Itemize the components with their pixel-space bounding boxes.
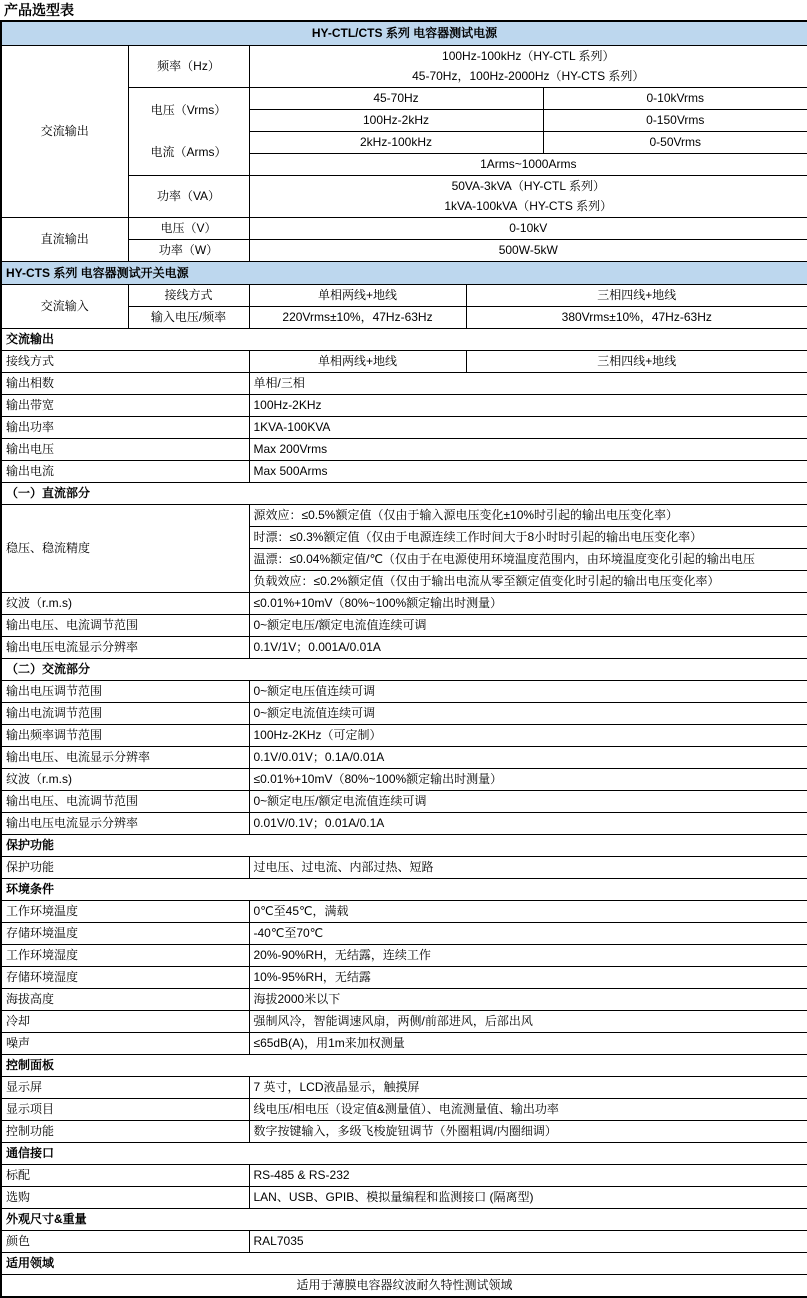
section-header: 外观尺寸&重量 [1,1208,807,1230]
table-row: 控制功能数字按键输入，多级飞梭旋钮调节（外圈粗调/内圈细调） [1,1120,807,1142]
value-cell: ≤65dB(A)，用1m来加权测量 [249,1032,807,1054]
value-cell: 温漂：≤0.04%额定值/℃（仅由于在电源使用环境温度范围内，由环境温度变化引起… [249,548,807,570]
value-cell: 0-10kVrms [543,87,807,109]
row-label-cell: 控制功能 [1,1120,249,1142]
table-row: 外观尺寸&重量 [1,1208,807,1230]
value-cell: 时漂：≤0.3%额定值（仅由于电源连续工作时间大于8小时时引起的输出电压变化率） [249,526,807,548]
value-cell: 0~额定电流值连续可调 [249,702,807,724]
param-label: 输入电压/频率 [128,306,249,328]
value-cell: 20%-90%RH，无结露，连续工作 [249,944,807,966]
row-label-cell: 存储环境湿度 [1,966,249,988]
value-cell: 1KVA-100KVA [249,416,807,438]
value-cell: 适用于薄膜电容器纹波耐久特性测试领域 [1,1274,807,1297]
spec-table: HY-CTL/CTS 系列 电容器测试电源交流输出频率（Hz）100Hz-100… [0,20,807,1298]
row-label-cell: 稳压、稳流精度 [1,504,249,592]
table-row: HY-CTL/CTS 系列 电容器测试电源 [1,21,807,45]
row-label-cell: 纹波（r.m.s) [1,592,249,614]
table-row: 直流输出电压（V）0-10kV [1,217,807,239]
value-cell: 10%-95%RH，无结露 [249,966,807,988]
table-row: 输出电压、电流调节范围0~额定电压/额定电流值连续可调 [1,614,807,636]
table-row: 颜色RAL7035 [1,1230,807,1252]
section-header: 环境条件 [1,878,807,900]
row-label-cell: 输出电压、电流调节范围 [1,790,249,812]
param-label: 频率（Hz） [128,45,249,87]
table-row: 交流输入接线方式单相两线+地线三相四线+地线 [1,284,807,306]
table-row: 交流输出频率（Hz）100Hz-100kHz（HY-CTL 系列）45-70Hz… [1,45,807,87]
row-label-cell: 输出电压、电流显示分辨率 [1,746,249,768]
param-value: 100Hz-100kHz（HY-CTL 系列）45-70Hz，100Hz-200… [249,45,807,87]
table-row: 输出电流Max 500Arms [1,460,807,482]
value-cell: 源效应：≤0.5%额定值（仅由于输入源电压变化±10%时引起的输出电压变化率） [249,504,807,526]
value-cell: 负载效应：≤0.2%额定值（仅由于输出电流从零至额定值变化时引起的输出电压变化率… [249,570,807,592]
value-cell: 7 英寸，LCD液晶显示，触摸屏 [249,1076,807,1098]
value-cell: 单相/三相 [249,372,807,394]
table-row: 噪声≤65dB(A)，用1m来加权测量 [1,1032,807,1054]
row-label-cell: 输出电压、电流调节范围 [1,614,249,636]
table-row: 输出电压、电流调节范围0~额定电压/额定电流值连续可调 [1,790,807,812]
section-header: （二）交流部分 [1,658,807,680]
group-label-ac-output: 交流输出 [1,45,128,217]
param-value: 50VA-3kVA（HY-CTL 系列）1kVA-100kVA（HY-CTS 系… [249,175,807,217]
value-cell: 0~额定电压值连续可调 [249,680,807,702]
table-row: 输出电压、电流显示分辨率0.1V/0.01V；0.1A/0.01A [1,746,807,768]
value-line: 50VA-3kVA（HY-CTL 系列） [254,176,804,196]
value-cell: 单相两线+地线 [249,284,466,306]
table-row: 交流输出 [1,328,807,350]
value-cell: 45-70Hz [249,87,543,109]
value-cell: 0.1V/1V；0.001A/0.01A [249,636,807,658]
value-cell: 线电压/相电压（设定值&测量值）、电流测量值、输出功率 [249,1098,807,1120]
value-cell: 500W-5kW [249,239,807,261]
row-label-cell: 海拔高度 [1,988,249,1010]
value-cell: 220Vrms±10%，47Hz-63Hz [249,306,466,328]
value-cell: 0-150Vrms [543,109,807,131]
value-cell: 100Hz-2kHz [249,109,543,131]
table-row: 纹波（r.m.s)≤0.01%+10mV（80%~100%额定输出时测量） [1,768,807,790]
table-row: 输出电压电流显示分辨率0.01V/0.1V；0.01A/0.1A [1,812,807,834]
table-row: 接线方式单相两线+地线三相四线+地线 [1,350,807,372]
value-cell: 0.1V/0.01V；0.1A/0.01A [249,746,807,768]
table-row: 稳压、稳流精度源效应：≤0.5%额定值（仅由于输入源电压变化±10%时引起的输出… [1,504,807,526]
value-cell: RS-485 & RS-232 [249,1164,807,1186]
row-label-cell: 接线方式 [1,350,249,372]
row-label-cell: 纹波（r.m.s) [1,768,249,790]
row-label-cell: 工作环境温度 [1,900,249,922]
stacked-param-labels: 电压（Vrms）电流（Arms） [133,89,245,173]
spec-table-body: HY-CTL/CTS 系列 电容器测试电源交流输出频率（Hz）100Hz-100… [1,21,807,1297]
param-label: 功率（VA） [128,175,249,217]
section-header: 交流输出 [1,328,807,350]
table-row: 适用于薄膜电容器纹波耐久特性测试领域 [1,1274,807,1297]
group-label-dc-output: 直流输出 [1,217,128,261]
value-cell: LAN、USB、GPIB、模拟量编程和监测接口 (隔离型) [249,1186,807,1208]
part1-header: HY-CTL/CTS 系列 电容器测试电源 [1,21,807,45]
value-cell: 0℃至45℃，满载 [249,900,807,922]
row-label-cell: 噪声 [1,1032,249,1054]
value-cell: 380Vrms±10%，47Hz-63Hz [466,306,807,328]
table-row: 输出功率1KVA-100KVA [1,416,807,438]
table-row: 冷却强制风冷，智能调速风扇，两侧/前部进风，后部出风 [1,1010,807,1032]
value-cell: 0.01V/0.1V；0.01A/0.1A [249,812,807,834]
param-label: 电压（V） [128,217,249,239]
table-row: 显示屏7 英寸，LCD液晶显示，触摸屏 [1,1076,807,1098]
value-cell: 100Hz-2KHz [249,394,807,416]
value-cell: 0~额定电压/额定电流值连续可调 [249,790,807,812]
row-label-cell: 工作环境湿度 [1,944,249,966]
row-label-cell: 选购 [1,1186,249,1208]
param-label: 接线方式 [128,284,249,306]
section-header: 适用领域 [1,1252,807,1274]
row-label-cell: 输出电压调节范围 [1,680,249,702]
table-row: 控制面板 [1,1054,807,1076]
row-label-cell: 显示项目 [1,1098,249,1120]
row-label-cell: 存储环境温度 [1,922,249,944]
value-cell: -40℃至70℃ [249,922,807,944]
value-cell: ≤0.01%+10mV（80%~100%额定输出时测量） [249,592,807,614]
table-row: 选购LAN、USB、GPIB、模拟量编程和监测接口 (隔离型) [1,1186,807,1208]
table-row: 环境条件 [1,878,807,900]
table-row: 输出电流调节范围0~额定电流值连续可调 [1,702,807,724]
table-row: 存储环境温度-40℃至70℃ [1,922,807,944]
table-row: 输出电压电流显示分辨率0.1V/1V；0.001A/0.01A [1,636,807,658]
table-row: 输出相数单相/三相 [1,372,807,394]
page-title: 产品选型表 [0,0,807,20]
value-cell: 1Arms~1000Arms [249,153,807,175]
table-row: 标配RS-485 & RS-232 [1,1164,807,1186]
table-row: 纹波（r.m.s)≤0.01%+10mV（80%~100%额定输出时测量） [1,592,807,614]
group-label-ac-input: 交流输入 [1,284,128,328]
table-row: 输出电压调节范围0~额定电压值连续可调 [1,680,807,702]
table-row: 保护功能 [1,834,807,856]
table-row: 输出电压Max 200Vrms [1,438,807,460]
value-cell: Max 500Arms [249,460,807,482]
row-label-cell: 冷却 [1,1010,249,1032]
value-cell: 三相四线+地线 [466,284,807,306]
table-row: 适用领域 [1,1252,807,1274]
table-row: （一）直流部分 [1,482,807,504]
row-label-cell: 输出电流 [1,460,249,482]
section-header: 保护功能 [1,834,807,856]
table-row: 工作环境湿度20%-90%RH，无结露，连续工作 [1,944,807,966]
table-row: HY-CTS 系列 电容器测试开关电源 [1,261,807,284]
value-cell: 强制风冷，智能调速风扇，两侧/前部进风，后部出风 [249,1010,807,1032]
table-row: 工作环境温度0℃至45℃，满载 [1,900,807,922]
param-label: 电流（Arms） [133,145,245,159]
table-row: 存储环境湿度10%-95%RH，无结露 [1,966,807,988]
table-row: 输出频率调节范围100Hz-2KHz（可定制） [1,724,807,746]
row-label-cell: 颜色 [1,1230,249,1252]
value-cell: ≤0.01%+10mV（80%~100%额定输出时测量） [249,768,807,790]
row-label-cell: 保护功能 [1,856,249,878]
section-header: 通信接口 [1,1142,807,1164]
part2-header: HY-CTS 系列 电容器测试开关电源 [1,261,807,284]
value-cell: 海拔2000米以下 [249,988,807,1010]
value-cell: 100Hz-2KHz（可定制） [249,724,807,746]
param-label: 电压（Vrms） [133,103,245,117]
param-label: 功率（W） [128,239,249,261]
table-row: 显示项目线电压/相电压（设定值&测量值）、电流测量值、输出功率 [1,1098,807,1120]
row-label-cell: 输出相数 [1,372,249,394]
param-label: 电压（Vrms）电流（Arms） [128,87,249,175]
value-cell: 单相两线+地线 [249,350,466,372]
value-cell: 0-50Vrms [543,131,807,153]
row-label-cell: 输出电压 [1,438,249,460]
section-header: 控制面板 [1,1054,807,1076]
row-label-cell: 标配 [1,1164,249,1186]
value-line: 45-70Hz，100Hz-2000Hz（HY-CTS 系列） [254,66,804,86]
value-cell: 过电压、过电流、内部过热、短路 [249,856,807,878]
value-cell: 0-10kV [249,217,807,239]
table-row: （二）交流部分 [1,658,807,680]
table-row: 输出带宽100Hz-2KHz [1,394,807,416]
row-label-cell: 输出电压电流显示分辨率 [1,812,249,834]
value-cell: 数字按键输入，多级飞梭旋钮调节（外圈粗调/内圈细调） [249,1120,807,1142]
value-cell: 三相四线+地线 [466,350,807,372]
value-cell: Max 200Vrms [249,438,807,460]
section-header: （一）直流部分 [1,482,807,504]
row-label-cell: 输出电压电流显示分辨率 [1,636,249,658]
row-label-cell: 输出带宽 [1,394,249,416]
value-cell: 2kHz-100kHz [249,131,543,153]
value-cell: 0~额定电压/额定电流值连续可调 [249,614,807,636]
value-cell: RAL7035 [249,1230,807,1252]
value-line: 1kVA-100kVA（HY-CTS 系列） [254,196,804,216]
row-label-cell: 输出功率 [1,416,249,438]
value-line: 100Hz-100kHz（HY-CTL 系列） [254,46,804,66]
row-label-cell: 输出电流调节范围 [1,702,249,724]
table-row: 保护功能过电压、过电流、内部过热、短路 [1,856,807,878]
row-label-cell: 输出频率调节范围 [1,724,249,746]
table-row: 通信接口 [1,1142,807,1164]
table-row: 海拔高度海拔2000米以下 [1,988,807,1010]
row-label-cell: 显示屏 [1,1076,249,1098]
